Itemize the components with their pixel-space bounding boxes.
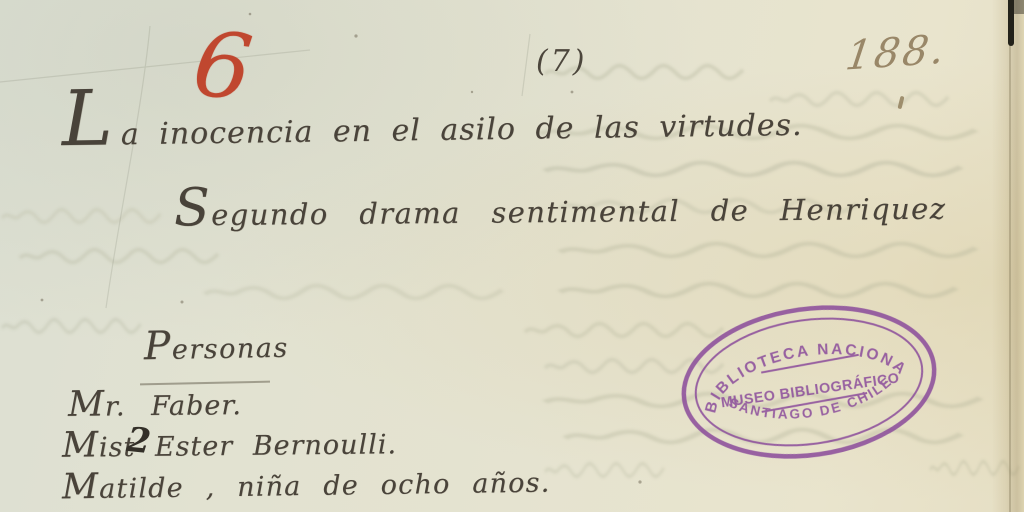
manuscript-title: La inocencia en el asilo de las virtudes… — [62, 109, 803, 154]
correction-overstrike: 2 — [125, 420, 153, 462]
page-edge-corner-shadow — [1014, 0, 1024, 14]
ink-mark — [897, 96, 904, 110]
red-folio-number: 6 — [189, 19, 257, 115]
library-stamp: BIBLIOTECA NACIONAL MUSEO BIBLIOGRÁFICO … — [668, 287, 949, 478]
cast-heading: Personas — [144, 333, 289, 367]
cast-line: Mr. Faber. — [68, 390, 242, 423]
manuscript-subtitle: Segundo drama sentimental de Henriquez — [174, 193, 947, 233]
page-edge — [992, 0, 1024, 512]
page-edge-line — [1009, 0, 1011, 512]
manuscript-page: 6 (7) 188. La inocencia en el asilo de l… — [0, 0, 1024, 512]
cast-heading-underline — [140, 381, 270, 386]
ink-folio-number: 188. — [843, 26, 950, 80]
cast-line: Matilde , niña de ocho años. — [62, 468, 551, 506]
cast-line: Mist Ester Bernoulli. — [62, 429, 397, 464]
page-number-parenthetical: (7) — [536, 44, 588, 79]
